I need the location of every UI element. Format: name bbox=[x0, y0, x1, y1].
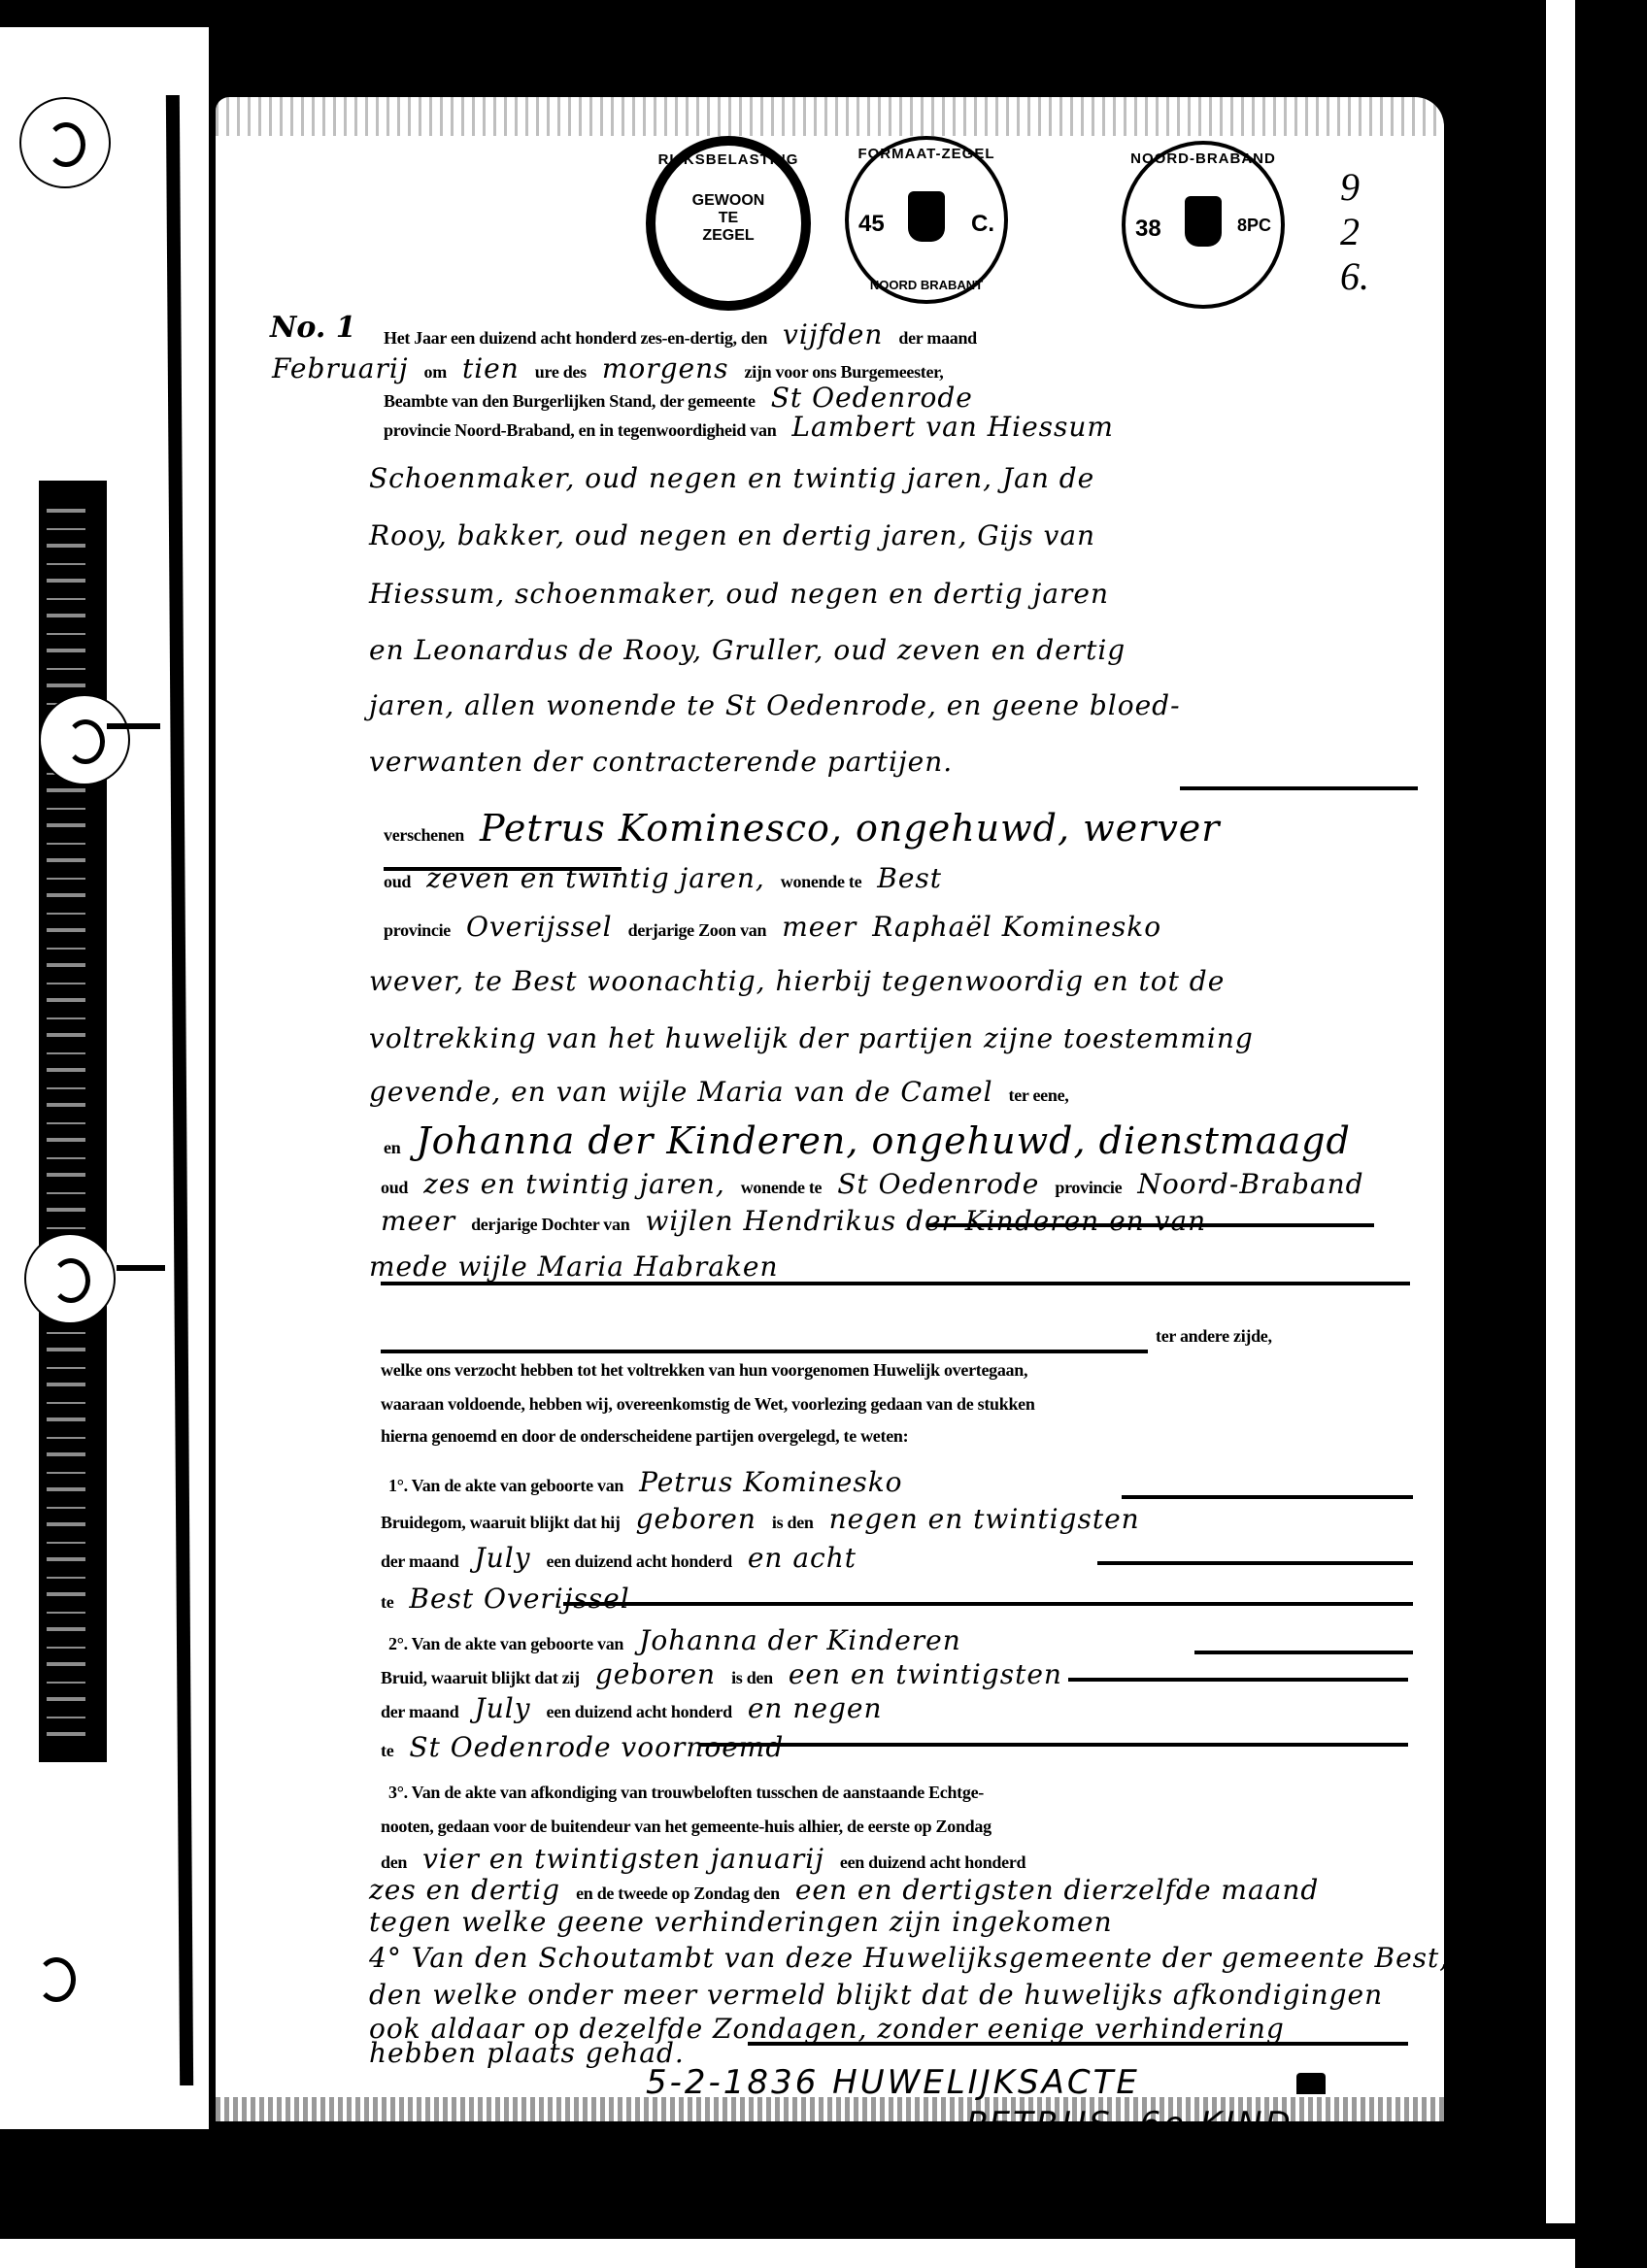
certificate-line: gevende, en van wijle Maria van de Camel… bbox=[369, 1078, 1515, 1110]
printed-text: nooten, gedaan voor de buitendeur van he… bbox=[381, 1817, 992, 1836]
handwritten-text: gevende, en van wijle Maria van de Camel bbox=[369, 1076, 993, 1108]
printed-text: waaraan voldoende, hebben wij, overeenko… bbox=[381, 1394, 1035, 1414]
annotation-line-2: PETRUS. 6e KIND bbox=[966, 2105, 1294, 2144]
printed-text: oud bbox=[381, 1178, 408, 1197]
printed-text: om bbox=[424, 362, 447, 382]
handwritten-text: Noord-Braband bbox=[1137, 1168, 1363, 1200]
handwritten-text: en negen bbox=[748, 1692, 883, 1724]
certificate-line: waaraan voldoende, hebben wij, overeenko… bbox=[381, 1388, 1527, 1418]
tax-stamp-38: NOORD-BRABAND 38 8PC bbox=[1122, 141, 1285, 309]
handwritten-text: den welke onder meer vermeld blijkt dat … bbox=[369, 1979, 1383, 2011]
handwritten-text: Best Overijssel bbox=[409, 1583, 629, 1615]
handwritten-text: jaren, allen wonende te St Oedenrode, en… bbox=[369, 689, 1181, 721]
printed-text: is den bbox=[731, 1668, 773, 1687]
crown-crest-icon bbox=[908, 191, 945, 242]
certificate-line: verschenenPetrus Kominesco, ongehuwd, we… bbox=[384, 814, 1529, 850]
certificate-line: mede wijle Maria Habraken bbox=[369, 1252, 1515, 1284]
handwritten-text: Schoenmaker, oud negen en twintig jaren,… bbox=[369, 462, 1094, 494]
handwritten-text: wever, te Best woonachtig, hierbij tegen… bbox=[369, 965, 1225, 997]
tax-stamp-45c: FORMAAT-ZEGEL 45 C. NOORD BRABANT bbox=[845, 136, 1008, 304]
handwritten-text: een en twintigsten bbox=[789, 1658, 1062, 1690]
fill-rule bbox=[1068, 1678, 1408, 1682]
handwritten-text: Johanna der Kinderen, ongehuwd, dienstma… bbox=[416, 1119, 1350, 1162]
binder-clip bbox=[117, 1265, 165, 1271]
handwritten-text: vijfden bbox=[783, 318, 883, 350]
handwritten-text: tien bbox=[462, 352, 520, 384]
certificate-line: 4° Van den Schoutambt van deze Huwelijks… bbox=[369, 1944, 1515, 1975]
printed-text: Bruidegom, waaruit blijkt dat hij bbox=[381, 1513, 621, 1532]
printed-text: een duizend acht honderd bbox=[547, 1551, 732, 1571]
printed-text: 1°. Van de akte van geboorte van bbox=[388, 1476, 623, 1495]
handwritten-text: Rooy, bakker, oud negen en dertig jaren,… bbox=[369, 519, 1095, 551]
certificate-line: Het Jaar een duizend acht honderd zes-en… bbox=[384, 320, 1529, 352]
handwritten-text: een en dertigsten dierzelfde maand bbox=[795, 1874, 1319, 1906]
certificate-line: denvier en twintigsten januarijeen duize… bbox=[381, 1845, 1527, 1877]
printed-text: een duizend acht honderd bbox=[547, 1702, 732, 1721]
fill-rule bbox=[1122, 1495, 1413, 1499]
printed-text: en bbox=[384, 1138, 400, 1157]
handwritten-text: morgens bbox=[602, 352, 729, 384]
printed-text: zijn voor ons Burgemeester, bbox=[745, 362, 944, 382]
handwritten-text: Overijssel bbox=[466, 911, 613, 943]
handwritten-text: Petrus Kominesco, ongehuwd, werver bbox=[480, 807, 1220, 850]
handwritten-text: Februarij bbox=[272, 352, 409, 384]
handwritten-text: St Oedenrode voornoemd bbox=[409, 1731, 784, 1763]
fill-rule bbox=[1194, 1651, 1413, 1654]
binder-ring-icon bbox=[19, 97, 111, 188]
handwritten-text: wijlen Hendrikus der Kinderen en van bbox=[645, 1205, 1206, 1237]
certificate-line: verwanten der contracterende partijen. bbox=[369, 748, 1515, 779]
printed-text: verschenen bbox=[384, 825, 464, 845]
certificate-line: oudzes en twintig jaren,wonende teSt Oed… bbox=[381, 1170, 1527, 1202]
registration-stamp: RIJKSBELASTING GEWOON TE ZEGEL bbox=[646, 136, 811, 311]
certificate-line: nooten, gedaan voor de buitendeur van he… bbox=[381, 1811, 1527, 1841]
handwritten-text: negen en twintigsten bbox=[829, 1503, 1140, 1535]
handwritten-text: zes en twintig jaren, bbox=[423, 1168, 725, 1200]
fill-rule bbox=[699, 1743, 1408, 1747]
fill-rule bbox=[1180, 786, 1418, 790]
handwritten-text: meer bbox=[782, 911, 857, 943]
printed-text: 2°. Van de akte van geboorte van bbox=[388, 1634, 623, 1653]
printed-text: Het Jaar een duizend acht honderd zes-en… bbox=[384, 328, 767, 348]
handwritten-text: Petrus Kominesko bbox=[639, 1466, 902, 1498]
certificate-line: teSt Oedenrode voornoemd bbox=[381, 1733, 1527, 1765]
certificate-line: wever, te Best woonachtig, hierbij tegen… bbox=[369, 967, 1515, 998]
binder-ring-icon bbox=[24, 1233, 116, 1324]
handwritten-text: Hiessum, schoenmaker, oud negen en derti… bbox=[369, 578, 1109, 610]
scan-edge-bottom bbox=[0, 2239, 1575, 2268]
fill-rule bbox=[381, 1350, 1148, 1353]
certificate-line: jaren, allen wonende te St Oedenrode, en… bbox=[369, 691, 1515, 722]
certificate-line: voltrekking van het huwelijk der partije… bbox=[369, 1024, 1515, 1055]
binder-clip bbox=[107, 723, 160, 729]
certificate-line: 3°. Van de akte van afkondiging van trou… bbox=[388, 1777, 1534, 1807]
handwritten-text: meer bbox=[381, 1205, 455, 1237]
printed-text: een duizend acht honderd bbox=[840, 1852, 1025, 1872]
handwritten-text: Raphaël Kominesko bbox=[872, 911, 1161, 943]
printed-text: 3°. Van de akte van afkondiging van trou… bbox=[388, 1783, 984, 1802]
certificate-line: enJohanna der Kinderen, ongehuwd, dienst… bbox=[384, 1126, 1529, 1162]
certificate-line: Hiessum, schoenmaker, oud negen en derti… bbox=[369, 580, 1515, 611]
page-spine bbox=[166, 95, 193, 2085]
folio-marks: 9 2 6. bbox=[1340, 165, 1369, 299]
printed-text: wonende te bbox=[781, 872, 862, 891]
handwritten-text: St Oedenrode bbox=[837, 1168, 1039, 1200]
handwritten-text: tegen welke geene verhinderingen zijn in… bbox=[369, 1906, 1113, 1938]
handwritten-text: vier en twintigsten januarij bbox=[422, 1843, 824, 1875]
printed-text: Bruid, waaruit blijkt dat zij bbox=[381, 1668, 580, 1687]
printed-text: ter eene, bbox=[1009, 1085, 1069, 1105]
certificate-line: Schoenmaker, oud negen en twintig jaren,… bbox=[369, 464, 1515, 495]
certificate-line: welke ons verzocht hebben tot het voltre… bbox=[381, 1354, 1527, 1384]
printed-text: den bbox=[381, 1852, 407, 1872]
certificate-line: hierna genoemd en door de onderscheidene… bbox=[381, 1420, 1527, 1451]
handwritten-text: verwanten der contracterende partijen. bbox=[369, 746, 953, 778]
handwritten-text: mede wijle Maria Habraken bbox=[369, 1251, 779, 1283]
printed-text: oud bbox=[384, 872, 411, 891]
certificate-line: en Leonardus de Rooy, Gruller, oud zeven… bbox=[369, 636, 1515, 667]
certificate-line: Bruid, waaruit blijkt dat zijgeborenis d… bbox=[381, 1660, 1527, 1692]
handwritten-text: geboren bbox=[595, 1658, 716, 1690]
ink-mark bbox=[1296, 2073, 1326, 2094]
handwritten-text: Lambert van Hiessum bbox=[791, 411, 1114, 443]
certificate-line: den welke onder meer vermeld blijkt dat … bbox=[369, 1981, 1515, 2012]
handwritten-text: St Oedenrode bbox=[771, 382, 973, 414]
printed-text: te bbox=[381, 1741, 393, 1760]
fill-rule bbox=[381, 1282, 1410, 1285]
printed-text: derjarige Dochter van bbox=[471, 1215, 629, 1234]
certificate-line: Rooy, bakker, oud negen en dertig jaren,… bbox=[369, 521, 1515, 552]
printed-text: hierna genoemd en door de onderscheidene… bbox=[381, 1426, 908, 1446]
handwritten-text: Johanna der Kinderen bbox=[639, 1624, 961, 1656]
certificate-line: der maandJulyeen duizend acht honderden … bbox=[381, 1544, 1527, 1576]
handwritten-text: July bbox=[474, 1542, 530, 1574]
fill-rule bbox=[563, 1602, 1413, 1606]
printed-text: derjarige Zoon van bbox=[628, 920, 767, 940]
fill-rule bbox=[927, 1223, 1374, 1227]
printed-text: ure des bbox=[535, 362, 587, 382]
printed-text: ter andere zijde, bbox=[1156, 1326, 1272, 1346]
printed-text: der maand bbox=[381, 1551, 458, 1571]
printed-text: provincie Noord-Braband, en in tegenwoor… bbox=[384, 420, 776, 440]
printed-text: provincie bbox=[1055, 1178, 1122, 1197]
scan-edge bbox=[1546, 0, 1575, 2223]
handwritten-text: en Leonardus de Rooy, Gruller, oud zeven… bbox=[369, 634, 1126, 666]
certificate-line: tegen welke geene verhinderingen zijn in… bbox=[369, 1908, 1515, 1939]
printed-text: provincie bbox=[384, 920, 451, 940]
entry-number: No. 1 bbox=[270, 311, 356, 345]
certificate-line: Bruidegom, waaruit blijkt dat hijgeboren… bbox=[381, 1505, 1527, 1537]
certificate-line: provincie Noord-Braband, en in tegenwoor… bbox=[384, 413, 1529, 445]
fill-rule bbox=[748, 2042, 1408, 2046]
scan-noise bbox=[216, 97, 1444, 136]
binding-bar bbox=[85, 481, 101, 1762]
handwritten-text: en acht bbox=[748, 1542, 857, 1574]
certificate-line: der maandJulyeen duizend acht honderden … bbox=[381, 1694, 1527, 1726]
printed-text: en de tweede op Zondag den bbox=[576, 1884, 780, 1903]
binder-ring-icon bbox=[39, 694, 130, 785]
printed-text: wonende te bbox=[741, 1178, 823, 1197]
printed-text: welke ons verzocht hebben tot het voltre… bbox=[381, 1360, 1027, 1380]
certificate-line: ter andere zijde, bbox=[1156, 1320, 1647, 1351]
handwritten-text: Best bbox=[877, 862, 942, 894]
handwritten-text: voltrekking van het huwelijk der partije… bbox=[369, 1022, 1254, 1054]
printed-text: der maand bbox=[381, 1702, 458, 1721]
handwritten-text: geboren bbox=[636, 1503, 756, 1535]
handwritten-text: zes en dertig bbox=[369, 1874, 560, 1906]
printed-text: der maand bbox=[898, 328, 976, 348]
certificate-line: provincieOverijsselderjarige Zoon vanmee… bbox=[384, 913, 1529, 945]
handwritten-text: July bbox=[474, 1692, 530, 1724]
handwritten-text: 4° Van den Schoutambt van deze Huwelijks… bbox=[369, 1942, 1487, 1974]
certificate-line: zes en dertigen de tweede op Zondag dene… bbox=[369, 1876, 1515, 1908]
lion-crest-icon bbox=[1185, 196, 1222, 247]
handwritten-text: hebben plaats gehad. bbox=[369, 2037, 685, 2069]
binder-ring-icon bbox=[10, 1932, 82, 2004]
printed-text: Beambte van den Burgerlijken Stand, der … bbox=[384, 391, 756, 411]
annotation-line-1: 5-2-1836 HUWELIJKSACTE bbox=[646, 2063, 1140, 2102]
fill-rule bbox=[1097, 1561, 1413, 1565]
printed-text: te bbox=[381, 1592, 393, 1612]
fill-rule bbox=[384, 867, 622, 871]
printed-text: is den bbox=[772, 1513, 814, 1532]
certificate-line: teBest Overijssel bbox=[381, 1584, 1527, 1617]
